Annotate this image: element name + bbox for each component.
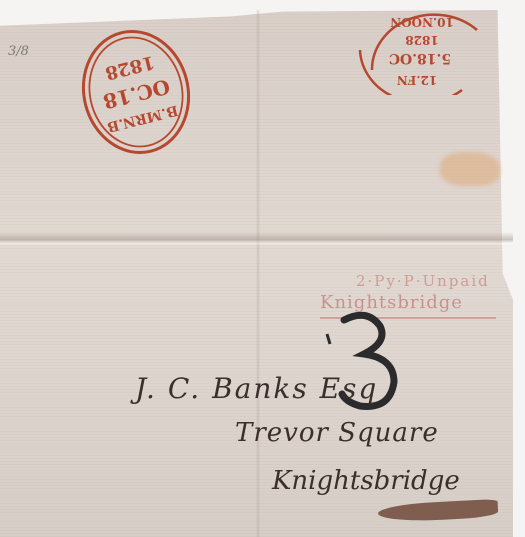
vertical-fold: [256, 10, 260, 537]
round-line-3: 1828: [405, 33, 438, 47]
horizontal-fold: [0, 232, 513, 246]
round-line-2: 5.18.OC: [389, 50, 451, 66]
round-line-1: 12.FN: [397, 73, 437, 87]
paper-stain: [440, 152, 500, 186]
postal-cover-image: 3/8 B.MRN.B OC.18 1828 12.FN 5.18.OC 182…: [0, 0, 525, 537]
round-line-4: 10.NOON: [390, 15, 454, 29]
pencil-note: 3/8: [8, 44, 29, 59]
address-line-1: J. C. Banks Esq: [135, 372, 378, 405]
address-line-2: Trevor Square: [235, 418, 439, 448]
round-postmark: 12.FN 5.18.OC 1828 10.NOON: [352, 10, 492, 95]
boxed-stamp-line-1: 2·Py·P·Unpaid: [356, 272, 490, 290]
address-line-3: Knightsbridge: [272, 466, 460, 496]
